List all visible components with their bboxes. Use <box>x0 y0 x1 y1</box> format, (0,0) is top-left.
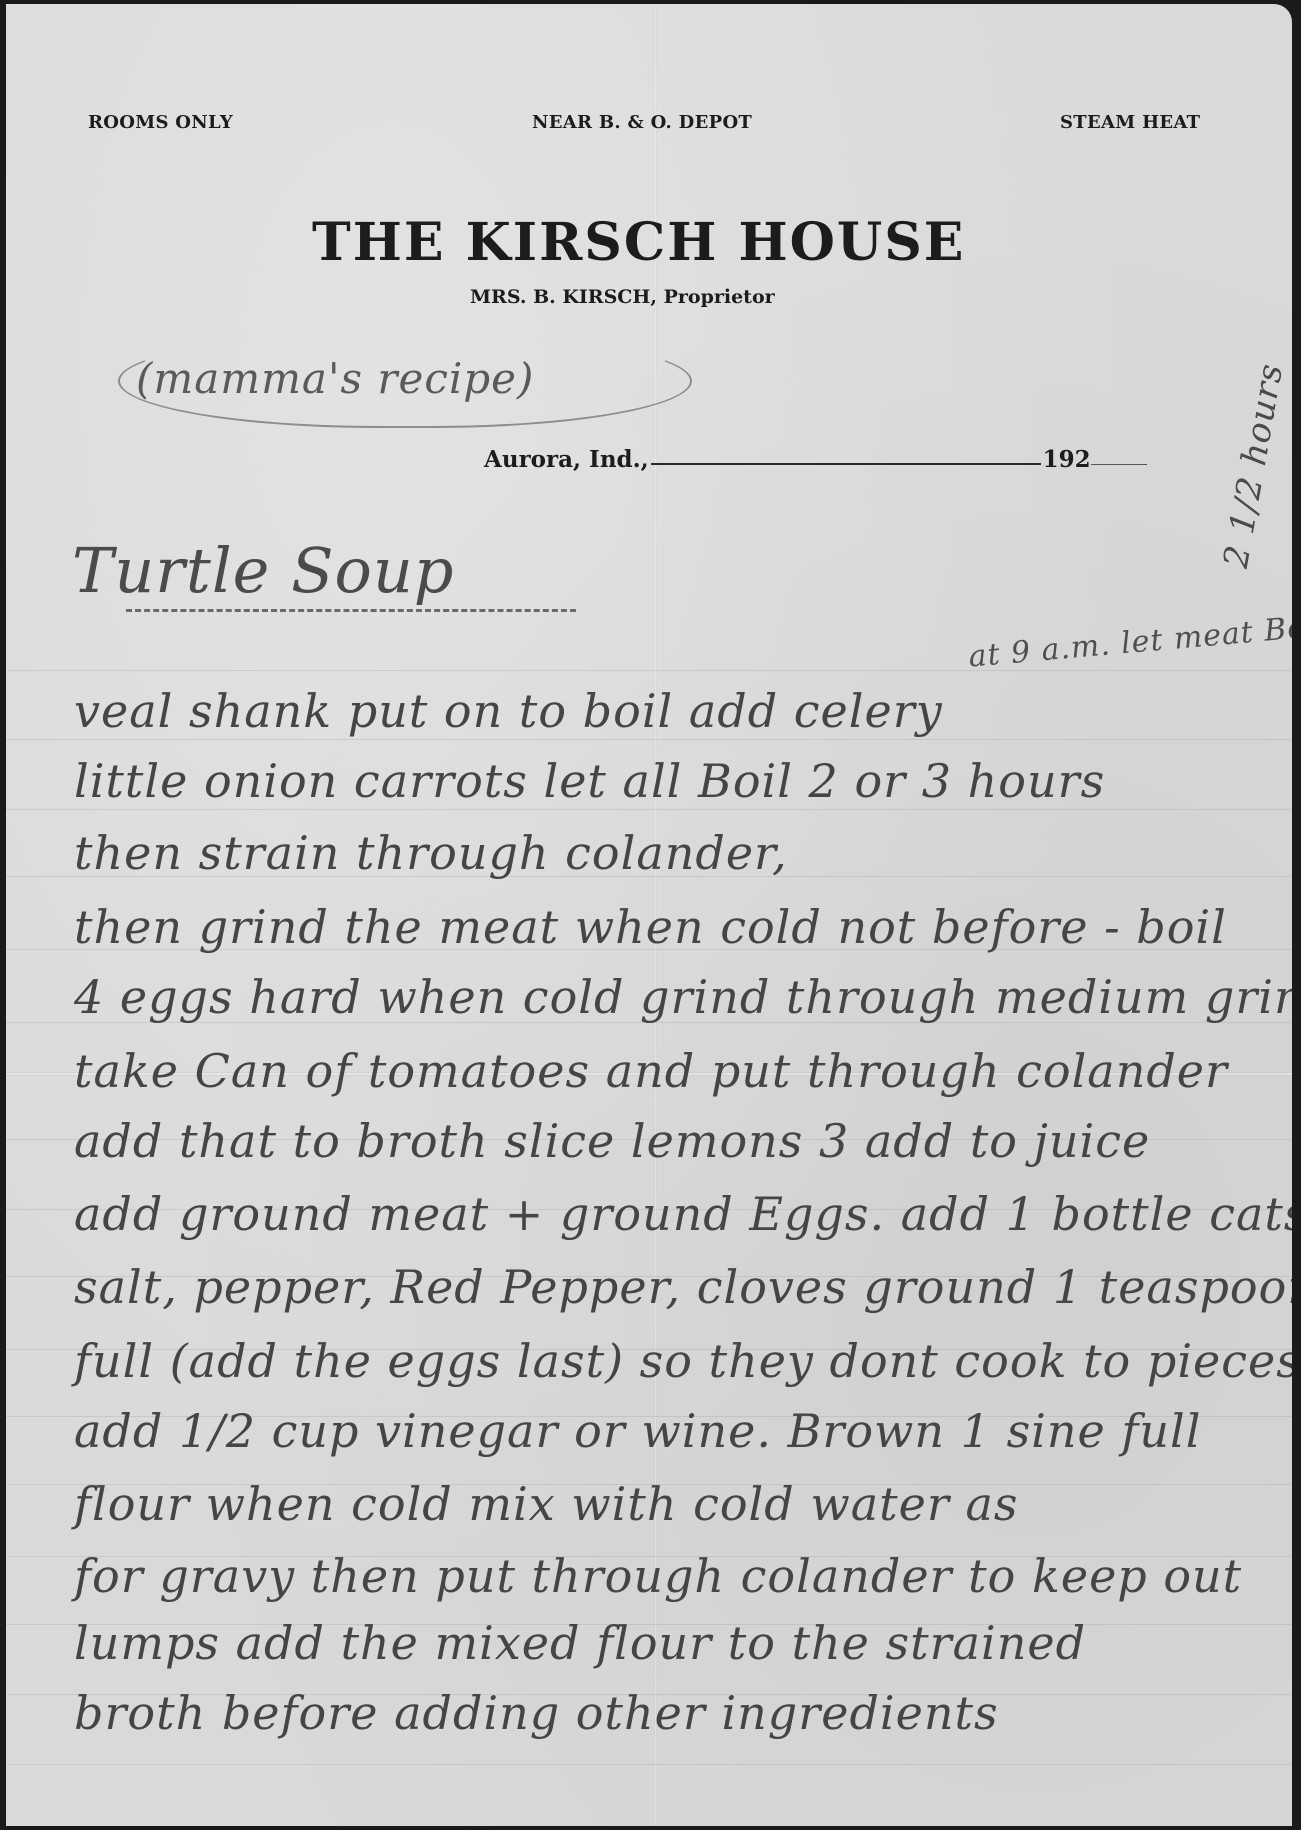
recipe-line: take Can of tomatoes and put through col… <box>74 1044 1228 1098</box>
ruled-line <box>6 670 1292 671</box>
dateline-place: Aurora, Ind., <box>484 446 649 473</box>
letterhead-steam-heat: STEAM HEAT <box>1060 112 1200 133</box>
margin-note: at 9 a.m. let meat Boil <box>967 608 1292 674</box>
side-time-note: 2 1/2 hours <box>1216 360 1291 571</box>
letterhead-depot: NEAR B. & O. DEPOT <box>532 112 752 133</box>
recipe-line: little onion carrots let all Boil 2 or 3… <box>74 754 1105 808</box>
recipe-line: salt, pepper, Red Pepper, cloves ground … <box>74 1260 1292 1314</box>
recipe-title: Turtle Soup <box>72 534 455 607</box>
attribution-note: (mamma's recipe) <box>136 354 534 403</box>
recipe-title-underline <box>126 609 576 612</box>
recipe-line: full (add the eggs last) so they dont co… <box>74 1334 1292 1388</box>
ruled-line <box>6 809 1292 810</box>
recipe-line: add that to broth slice lemons 3 add to … <box>74 1114 1150 1168</box>
recipe-line: veal shank put on to boil add celery <box>74 684 943 738</box>
recipe-line: add ground meat + ground Eggs. add 1 bot… <box>74 1187 1292 1241</box>
recipe-line: then grind the meat when cold not before… <box>74 900 1227 954</box>
recipe-line: for gravy then put through colander to k… <box>74 1549 1242 1603</box>
letterhead-title: THE KIRSCH HOUSE <box>312 212 965 273</box>
recipe-line: 4 eggs hard when cold grind through medi… <box>74 970 1292 1024</box>
recipe-line: then strain through colander, <box>74 826 788 880</box>
year-blank-line <box>1091 464 1147 465</box>
dateline-year: 192 <box>1043 446 1091 473</box>
ruled-line <box>6 739 1292 740</box>
letter-page: ROOMS ONLY NEAR B. & O. DEPOT STEAM HEAT… <box>6 4 1292 1826</box>
recipe-line: broth before adding other ingredients <box>74 1686 999 1740</box>
letterhead-proprietor: MRS. B. KIRSCH, Proprietor <box>470 286 775 308</box>
recipe-line: add 1/2 cup vinegar or wine. Brown 1 sin… <box>74 1404 1201 1458</box>
ruled-line <box>6 1764 1292 1765</box>
recipe-line: flour when cold mix with cold water as <box>74 1477 1018 1531</box>
date-blank-line <box>651 463 1041 465</box>
recipe-line: lumps add the mixed flour to the straine… <box>74 1616 1086 1670</box>
dateline: Aurora, Ind., 192 <box>484 446 1147 473</box>
letterhead-rooms-only: ROOMS ONLY <box>88 112 233 133</box>
